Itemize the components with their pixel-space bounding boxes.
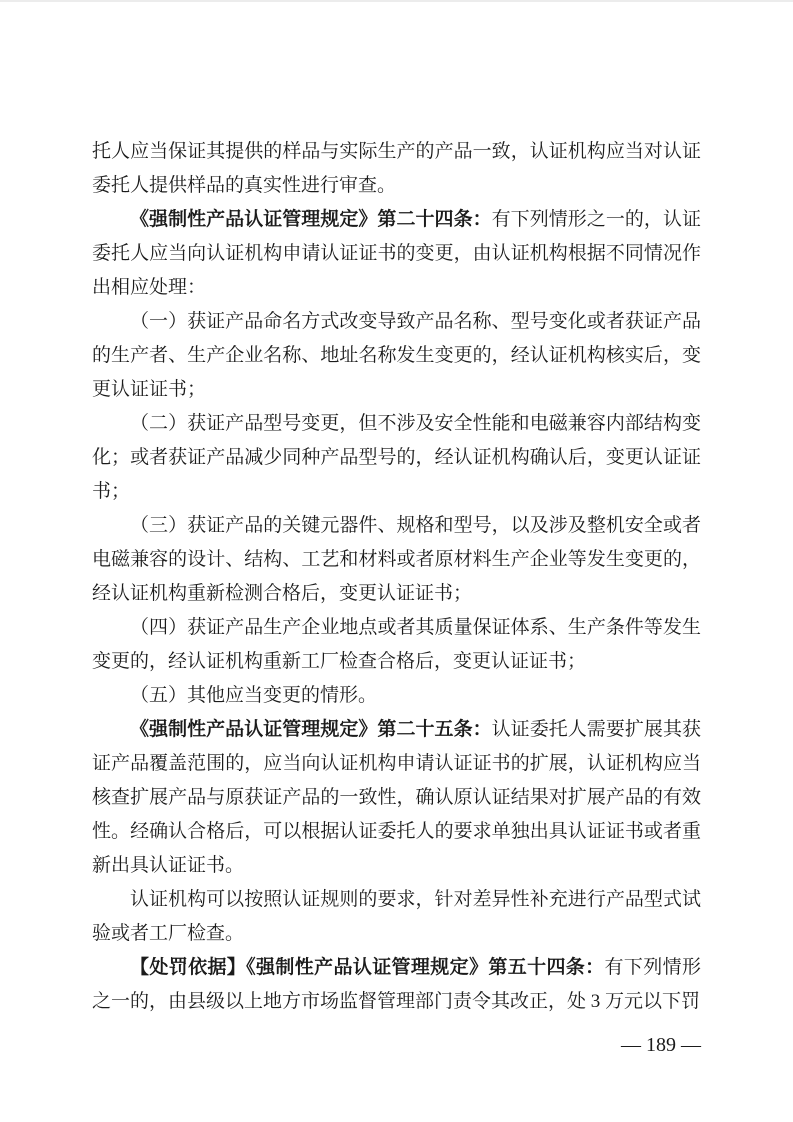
paragraph: 托人应当保证其提供的样品与实际生产的产品一致，认证机构应当对认证委托人提供样品的… (92, 135, 701, 203)
article-heading-text-run: 《强制性产品认证管理规定》第二十五条： (130, 719, 492, 740)
paragraph: （四）获证产品生产企业地点或者其质量保证体系、生产条件等发生变更的，经认证机构重… (92, 611, 701, 679)
article-heading-text-run: 《强制性产品认证管理规定》第二十四条： (130, 209, 492, 230)
paragraph: （二）获证产品型号变更，但不涉及安全性能和电磁兼容内部结构变化；或者获证产品减少… (92, 407, 701, 509)
paragraph: 《强制性产品认证管理规定》第二十四条：有下列情形之一的，认证委托人应当向认证机构… (92, 203, 701, 305)
paragraph: 认证机构可以按照认证规则的要求，针对差异性补充进行产品型式试验或者工厂检查。 (92, 883, 701, 951)
text-run: 认证委托人需要扩展其获证产品覆盖范围的，应当向认证机构申请认证证书的扩展，认证机… (92, 719, 701, 876)
text-run: 托人应当保证其提供的样品与实际生产的产品一致，认证机构应当对认证委托人提供样品的… (92, 141, 701, 196)
paragraph: （五）其他应当变更的情形。 (92, 679, 701, 713)
document-page: 托人应当保证其提供的样品与实际生产的产品一致，认证机构应当对认证委托人提供样品的… (0, 0, 793, 1122)
page-footer: — 189 — (621, 1033, 701, 1057)
text-run: （四）获证产品生产企业地点或者其质量保证体系、生产条件等发生变更的，经认证机构重… (92, 617, 701, 672)
document-body: 托人应当保证其提供的样品与实际生产的产品一致，认证机构应当对认证委托人提供样品的… (92, 135, 701, 1019)
text-run: （三）获证产品的关键元器件、规格和型号，以及涉及整机安全或者电磁兼容的设计、结构… (92, 515, 701, 604)
paragraph: （三）获证产品的关键元器件、规格和型号，以及涉及整机安全或者电磁兼容的设计、结构… (92, 509, 701, 611)
paragraph: （一）获证产品命名方式改变导致产品名称、型号变化或者获证产品的生产者、生产企业名… (92, 305, 701, 407)
paragraph: 【处罚依据】《强制性产品认证管理规定》第五十四条：有下列情形之一的，由县级以上地… (92, 951, 701, 1019)
paragraph: 《强制性产品认证管理规定》第二十五条：认证委托人需要扩展其获证产品覆盖范围的，应… (92, 713, 701, 883)
penalty-basis-heading-text-run: 【处罚依据】《强制性产品认证管理规定》第五十四条： (130, 957, 605, 978)
text-run: （五）其他应当变更的情形。 (130, 685, 377, 706)
text-run: （二）获证产品型号变更，但不涉及安全性能和电磁兼容内部结构变化；或者获证产品减少… (92, 413, 701, 502)
page-number: — 189 — (621, 1034, 701, 1056)
text-run: （一）获证产品命名方式改变导致产品名称、型号变化或者获证产品的生产者、生产企业名… (92, 311, 701, 400)
text-run: 认证机构可以按照认证规则的要求，针对差异性补充进行产品型式试验或者工厂检查。 (92, 889, 701, 944)
